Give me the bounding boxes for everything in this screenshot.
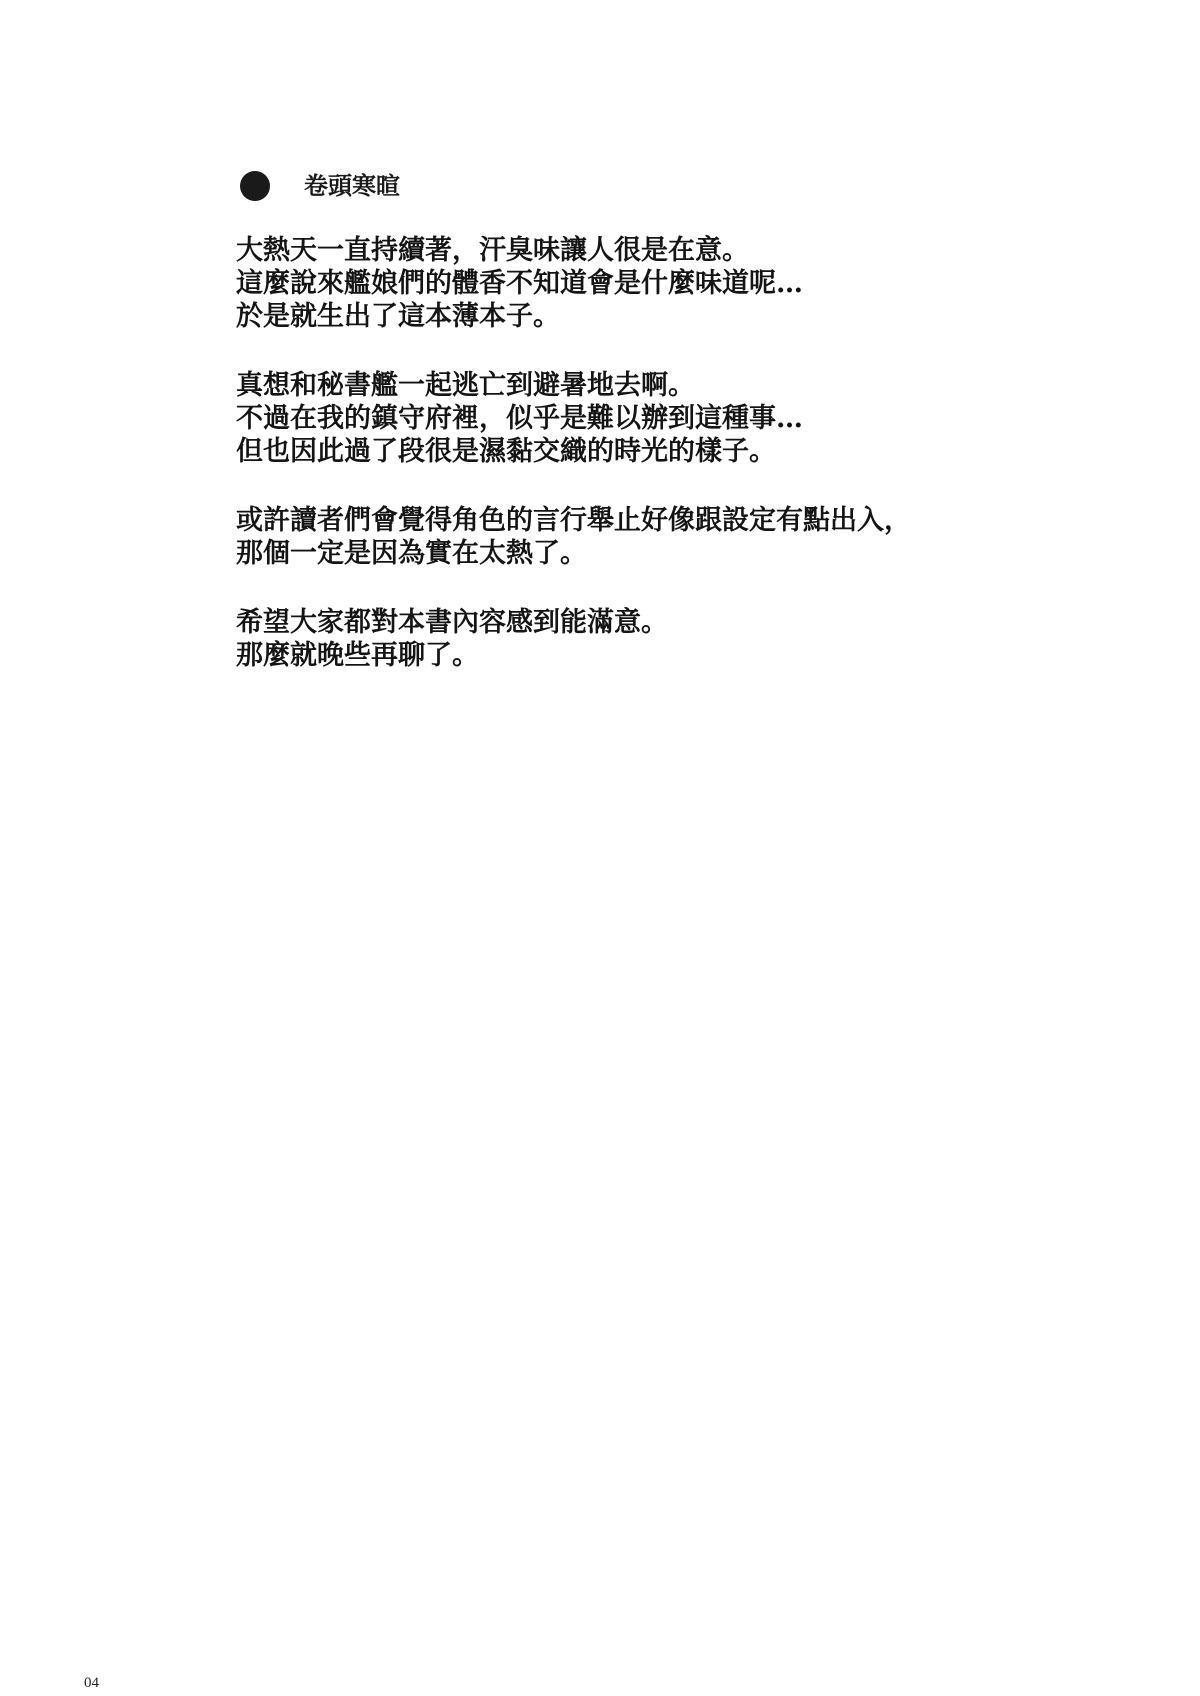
text-line: 那個一定是因為實在太熱了。 xyxy=(236,537,996,570)
text-line: 或許讀者們會覺得角色的言行舉止好像跟設定有點出入， xyxy=(236,504,996,537)
text-line: 真想和秘書艦一起逃亡到避暑地去啊。 xyxy=(236,369,996,402)
paragraph-2: 真想和秘書艦一起逃亡到避暑地去啊。 不過在我的鎮守府裡，似乎是難以辦到這種事… … xyxy=(236,369,996,468)
text-line: 於是就生出了這本薄本子。 xyxy=(236,300,996,333)
foreword-body: 大熱天一直持續著，汗臭味讓人很是在意。 這麼說來艦娘們的體香不知道會是什麼味道呢… xyxy=(236,234,996,708)
section-heading: 卷頭寒暄 xyxy=(240,170,400,202)
text-line: 但也因此過了段很是濕黏交織的時光的樣子。 xyxy=(236,435,996,468)
filled-circle-bullet-icon xyxy=(240,171,270,201)
paragraph-4: 希望大家都對本書內容感到能滿意。 那麼就晚些再聊了。 xyxy=(236,606,996,672)
paragraph-1: 大熱天一直持續著，汗臭味讓人很是在意。 這麼說來艦娘們的體香不知道會是什麼味道呢… xyxy=(236,234,996,333)
page-number: 04 xyxy=(84,1674,99,1692)
text-line: 大熱天一直持續著，汗臭味讓人很是在意。 xyxy=(236,234,996,267)
document-page: 卷頭寒暄 大熱天一直持續著，汗臭味讓人很是在意。 這麼說來艦娘們的體香不知道會是… xyxy=(0,0,1200,1696)
text-line: 不過在我的鎮守府裡，似乎是難以辦到這種事… xyxy=(236,402,996,435)
paragraph-3: 或許讀者們會覺得角色的言行舉止好像跟設定有點出入， 那個一定是因為實在太熱了。 xyxy=(236,504,996,570)
heading-title: 卷頭寒暄 xyxy=(304,170,400,202)
text-line: 這麼說來艦娘們的體香不知道會是什麼味道呢… xyxy=(236,267,996,300)
text-line: 希望大家都對本書內容感到能滿意。 xyxy=(236,606,996,639)
text-line: 那麼就晚些再聊了。 xyxy=(236,639,996,672)
